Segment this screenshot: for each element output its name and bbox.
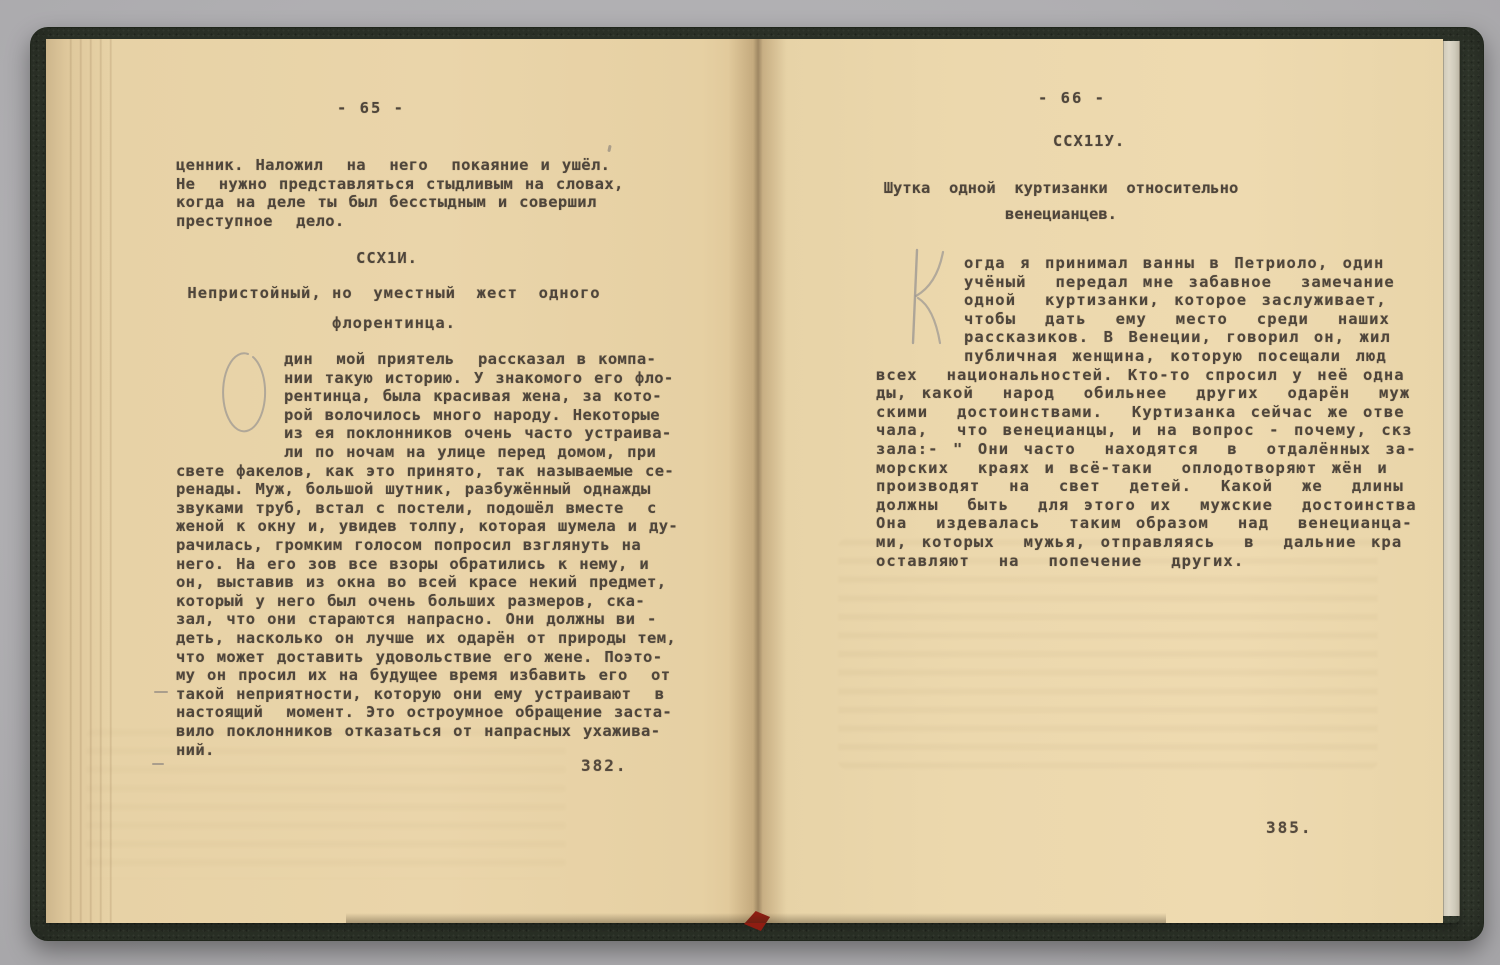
typed-line: из ея поклонников очень часто устраива- [284, 424, 674, 443]
typed-line: ценник. Наложил на него покаяние и ушёл. [176, 156, 624, 175]
pencil-drop-cap-k-icon [904, 246, 952, 348]
typed-line: чтобы дать ему место среди наших [964, 310, 1395, 329]
typed-line: Не нужно представляться стыдливым на сло… [176, 175, 624, 194]
left-paragraph-indented: дин мой приятель рассказал в компа-нии т… [284, 350, 674, 462]
typed-line: он, выставив из окна во всей красе некий… [176, 573, 678, 592]
typed-line: рассказиков. В Венеции, говорил он, жил [964, 328, 1395, 347]
typed-line: деть, насколько он лучше их одарён от пр… [176, 629, 678, 648]
typed-line: вило поклонников отказаться от напрасных… [176, 722, 678, 741]
photo-backdrop: - 65 - ценник. Наложил на него покаяние … [0, 0, 1500, 965]
pencil-drop-cap-o-icon [219, 350, 269, 435]
right-section-title-line1: Шутка одной куртизанки относительно [811, 179, 1311, 197]
typed-line: рачилась, громким голосом попросил взгля… [176, 536, 678, 555]
typed-line: ды, какой народ обильнее других одарён м… [876, 384, 1417, 403]
typed-line: морских краях и всё-таки оплодотворяют ж… [876, 459, 1417, 478]
right-footer-page-number: 385. [1266, 818, 1313, 837]
left-intro-paragraph: ценник. Наложил на него покаяние и ушёл.… [176, 156, 624, 230]
typed-line: нии такую историю. У знакомого его фло- [284, 369, 674, 388]
typed-line: оставляют на попечение других. [876, 552, 1417, 571]
book-gutter-shadow [728, 39, 788, 923]
typed-line: дин мой приятель рассказал в компа- [284, 350, 674, 369]
typed-line: что может доставить удовольствие его жен… [176, 648, 678, 667]
left-section-title-line1: Непристойный, но уместный жест одного [144, 284, 644, 302]
typed-line: который у него был очень больших размеро… [176, 592, 678, 611]
pencil-margin-dash [154, 691, 168, 693]
typed-line: ми, которых мужья, отправляясь в дальние… [876, 533, 1417, 552]
typed-line: такой неприятности, которую они ему устр… [176, 685, 678, 704]
right-paragraph-indented: огда я принимал ванны в Петриоло, одинуч… [964, 254, 1395, 366]
typed-line: зал, что они стараются напрасно. Они дол… [176, 610, 678, 629]
fore-edge-strip [1443, 41, 1460, 916]
typed-line: публичная женщина, которую посещали люд [964, 347, 1395, 366]
right-paragraph-full: всех национальностей. Кто-то спросил у н… [876, 366, 1417, 571]
typed-line: Она издевалась таким образом над венециа… [876, 514, 1417, 533]
typed-line: свете факелов, как это принято, так назы… [176, 462, 678, 481]
left-page: - 65 - ценник. Наложил на него покаяние … [46, 39, 758, 923]
book-cover: - 65 - ценник. Наложил на него покаяние … [30, 27, 1484, 941]
typed-line: преступное дело. [176, 212, 624, 231]
typed-line: учёный передал мне забавное замечание [964, 273, 1395, 292]
typed-line: чала, что венецианцы, и на вопрос - поче… [876, 421, 1417, 440]
typed-line: звуками труб, встал с постели, подошёл в… [176, 499, 678, 518]
left-paragraph-full: свете факелов, как это принято, так назы… [176, 462, 678, 760]
typed-line: скими достоинствами. Куртизанка сейчас ж… [876, 403, 1417, 422]
typed-line: женой к окну и, увидев толпу, которая шу… [176, 517, 678, 536]
typed-line: производят на свет детей. Какой же длины [876, 477, 1417, 496]
typed-line: настоящий момент. Это остроумное обращен… [176, 703, 678, 722]
pencil-mark [607, 145, 611, 152]
typed-line: огда я принимал ванны в Петриоло, один [964, 254, 1395, 273]
right-page-number-header: - 66 - [1012, 89, 1132, 107]
page-bottom-shadow [346, 913, 1166, 923]
show-through-text [838, 539, 1378, 769]
typed-line: му он просил их на будущее время избавит… [176, 666, 678, 685]
typed-line: когда на деле ты был бесстыдным и соверш… [176, 193, 624, 212]
typed-line: рентинца, была красивая жена, за кото- [284, 387, 674, 406]
book-page-block: - 65 - ценник. Наложил на него покаяние … [46, 39, 1460, 923]
pencil-margin-dash [152, 763, 164, 765]
typed-line: зала:- " Они часто находятся в отдалённы… [876, 440, 1417, 459]
typed-line: одной куртизанки, которое заслуживает, [964, 291, 1395, 310]
typed-line: всех национальностей. Кто-то спросил у н… [876, 366, 1417, 385]
right-page: - 66 - ССХ11У. Шутка одной куртизанки от… [758, 39, 1443, 923]
left-page-number-header: - 65 - [311, 99, 431, 117]
right-section-title-line2: венецианцев. [811, 205, 1311, 223]
left-footer-page-number: 382. [581, 756, 628, 775]
right-section-number: ССХ11У. [1029, 132, 1149, 150]
typed-line: ли по ночам на улице перед домом, при [284, 443, 674, 462]
left-section-title-line2: флорентинца. [144, 314, 644, 332]
typed-line: должны быть для этого их мужские достоин… [876, 496, 1417, 515]
left-section-number: ССХ1И. [327, 249, 447, 267]
typed-line: ренады. Муж, большой шутник, разбужённый… [176, 480, 678, 499]
typed-line: рой волочилось много народу. Некоторые [284, 406, 674, 425]
typed-line: него. На его зов все взоры обратились к … [176, 555, 678, 574]
